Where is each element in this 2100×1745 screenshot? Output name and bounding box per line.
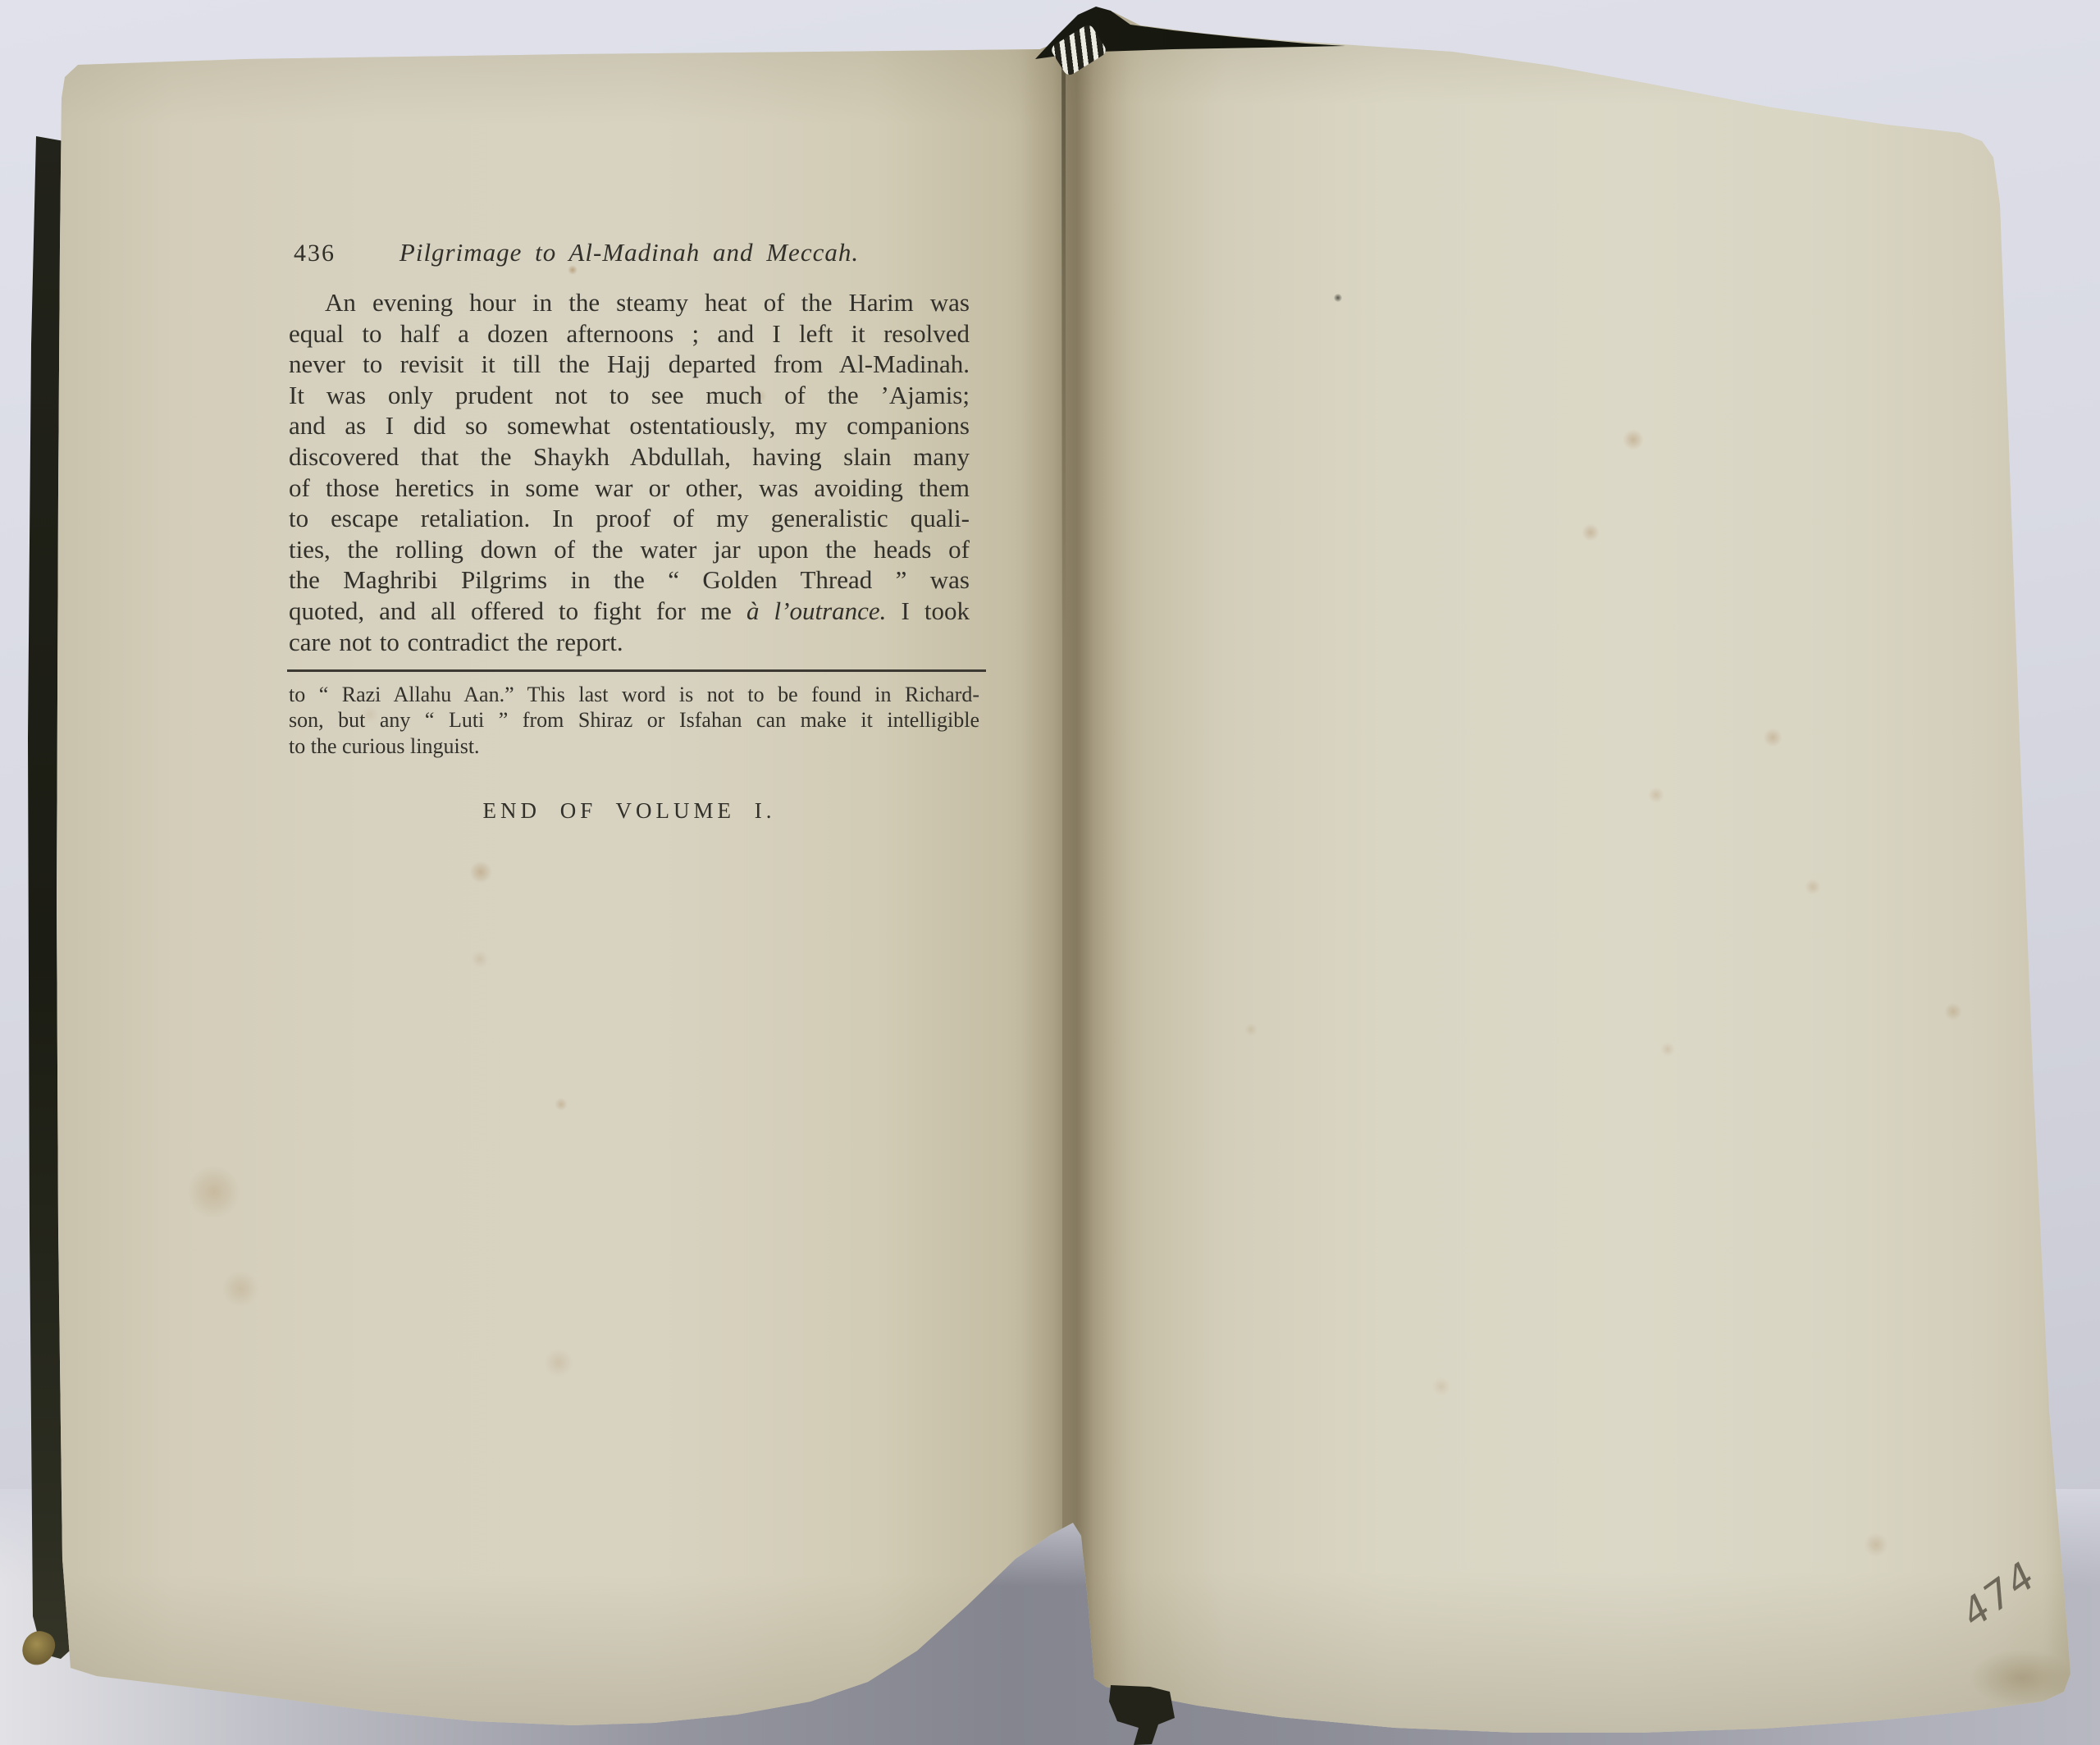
foxing-spot [1944, 1003, 1962, 1021]
body-line: ties, the rolling down of the water jar … [289, 534, 970, 565]
foxing-spot [1431, 1377, 1451, 1396]
body-line: of those heretics in some war or other, … [289, 473, 970, 504]
footnote-line: son, but any “ Luti ” from Shiraz or Isf… [289, 707, 979, 733]
end-of-volume-note: END OF VOLUME I. [289, 798, 970, 824]
foxing-spot [1648, 787, 1664, 803]
foxing-spot [1244, 1023, 1258, 1036]
foxing-spot [1763, 728, 1783, 747]
body-line: the Maghribi Pilgrims in the “ Golden Th… [289, 564, 970, 596]
footnote: to “ Razi Allahu Aan.” This last word is… [289, 682, 979, 759]
foxing-spot [1805, 879, 1821, 895]
body-line: quoted, and all offered to fight for me … [289, 596, 970, 627]
foxing-spot [555, 1098, 568, 1111]
body-paragraph: An evening hour in the steamy heat of th… [289, 287, 970, 657]
body-line: discovered that the Shaykh Abdullah, hav… [289, 441, 970, 473]
right-page-surface [1062, 0, 2084, 1745]
foxing-spot [1864, 1533, 1888, 1557]
page-header: 436 Pilgrimage to Al-Madinah and Meccah. [289, 238, 970, 271]
running-title: Pilgrimage to Al-Madinah and Meccah. [289, 238, 970, 267]
body-line: It was only prudent not to see much of t… [289, 380, 970, 411]
body-line: never to revisit it till the Hajj depart… [289, 349, 970, 380]
body-line: to escape retaliation. In proof of my ge… [289, 503, 970, 534]
footnote-rule [287, 669, 986, 672]
body-line: care not to contradict the report. [289, 627, 970, 658]
foxing-spot [471, 950, 489, 968]
foxing-spot [1582, 523, 1600, 541]
body-line: and as I did so somewhat ostentatiously,… [289, 410, 970, 441]
gutter-crease [1061, 51, 1066, 642]
body-line: equal to half a dozen afternoons ; and I… [289, 318, 970, 349]
foxing-spot [544, 1348, 573, 1377]
page-number: 436 [294, 240, 336, 267]
footnote-line: to “ Razi Allahu Aan.” This last word is… [289, 682, 979, 707]
foxing-spot [1660, 1042, 1675, 1057]
foxing-spot [469, 861, 492, 884]
foxing-spot [187, 1165, 241, 1219]
ink-speck [1334, 294, 1342, 302]
page-text-block: 436 Pilgrimage to Al-Madinah and Meccah.… [289, 238, 970, 824]
foxing-spot [221, 1270, 259, 1308]
footnote-line: to the curious linguist. [289, 733, 979, 759]
foxing-spot [1623, 429, 1644, 450]
body-line: An evening hour in the steamy heat of th… [289, 287, 970, 318]
book-photo: 436 Pilgrimage to Al-Madinah and Meccah.… [0, 0, 2100, 1745]
open-book-pages: 436 Pilgrimage to Al-Madinah and Meccah.… [0, 0, 2100, 1745]
gutter-shadow [1020, 33, 1129, 1745]
